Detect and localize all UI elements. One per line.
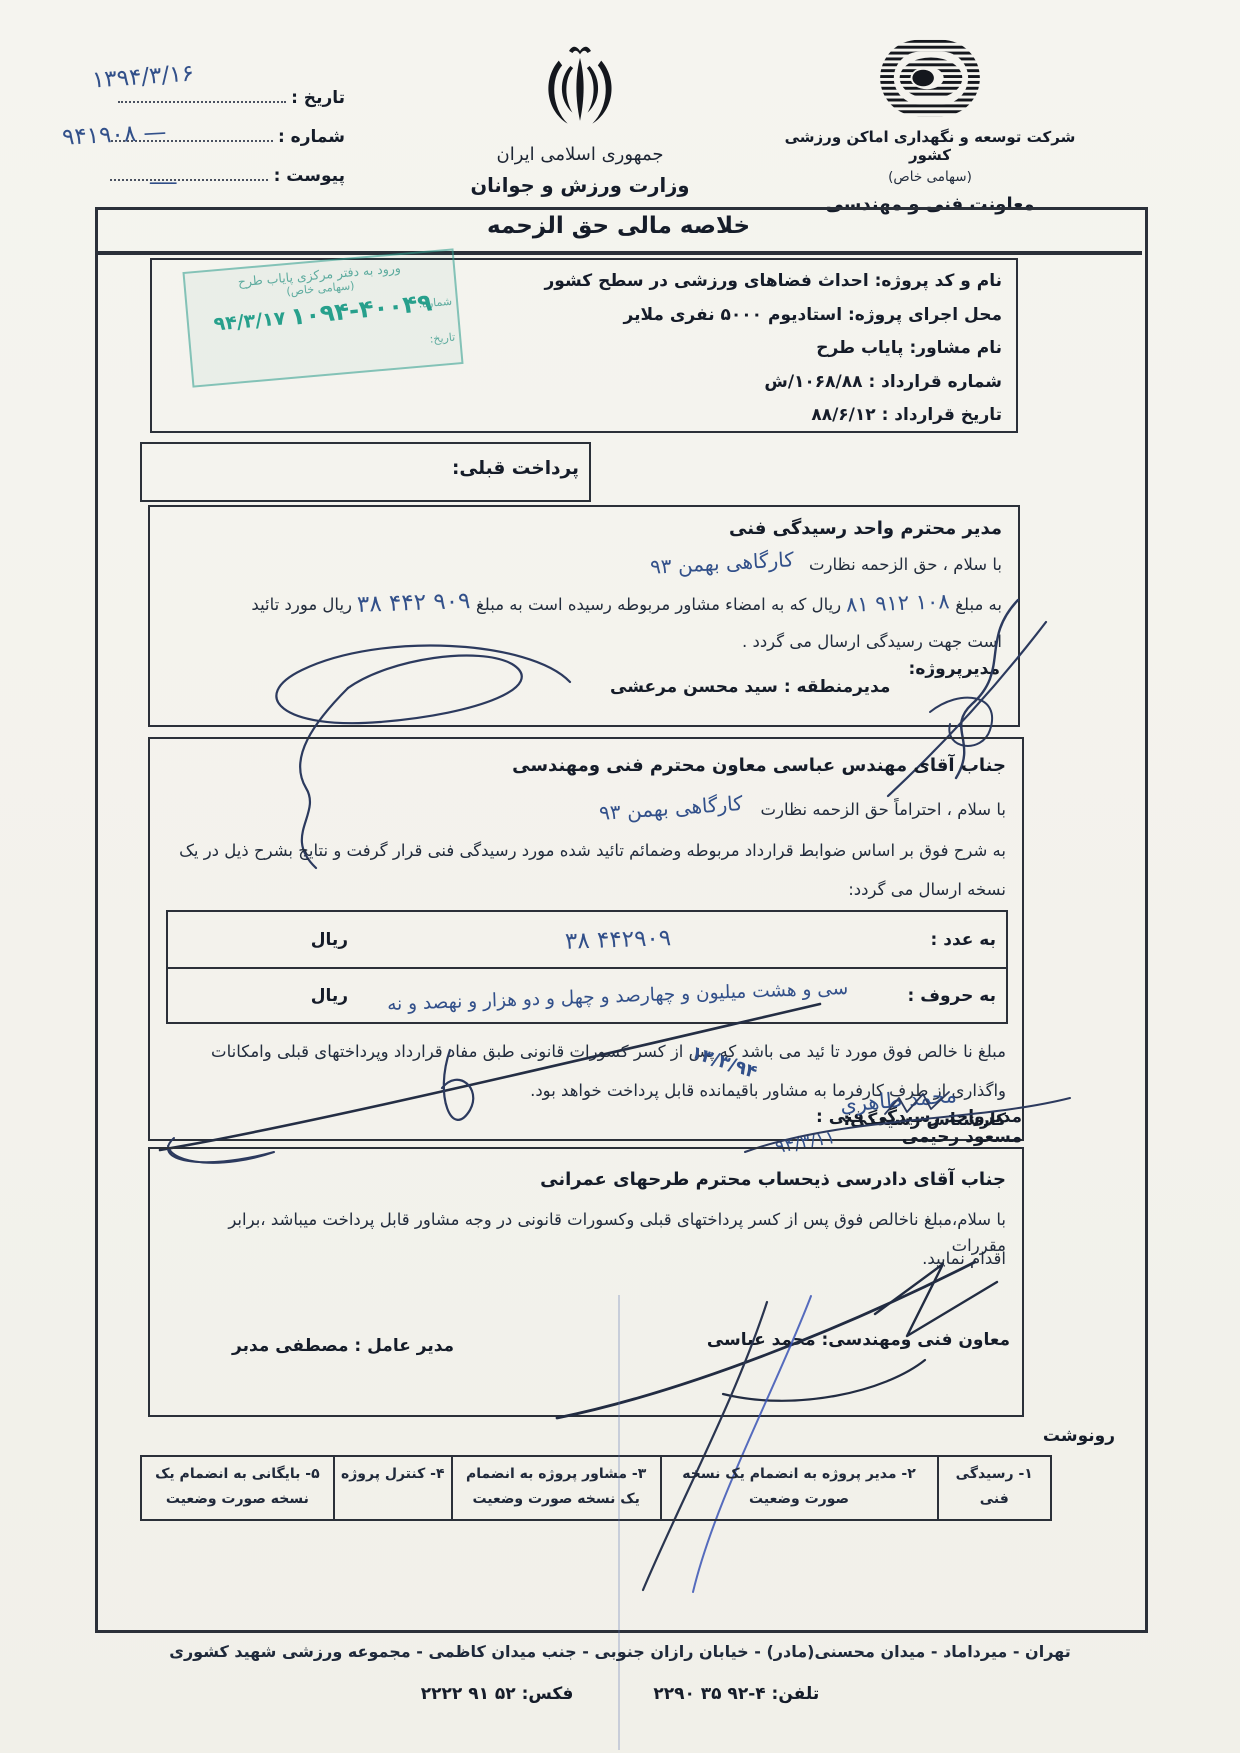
footer-contacts: تلفن: ۲۲۹۰ ۳۵ ۹۲-۴ فکس: ۲۲۲۲ ۹۱ ۵۲ <box>0 1684 1240 1704</box>
stamp-date-label: تاریخ: <box>429 331 456 346</box>
section2-greeting: با سلام ، احتراماً حق الزحمه نظارت <box>760 800 1006 819</box>
section2-body1: به شرح فوق بر اساس ضوابط قرارداد مربوطه … <box>176 838 1006 864</box>
project-location-label: محل اجرای پروژه: <box>848 305 1002 325</box>
copies-item-5: ۵- بایگانی به انضمام یک نسخه صورت وضعیت <box>142 1457 333 1519</box>
number-label: شماره : <box>278 127 345 147</box>
document-title: خلاصه مالی حق الزحمه <box>95 213 1142 239</box>
section2-header: جناب آقای مهندس عباسی معاون محترم فنی وم… <box>512 755 1006 776</box>
section3-header: جناب آقای دادرسی ذیحساب محترم طرحهای عمر… <box>540 1169 1006 1190</box>
consultant-label: نام مشاور: <box>909 338 1002 358</box>
consultant-entry-stamp: ورود به دفتر مرکزی پایاب طرح (سهامی خاص)… <box>182 248 463 387</box>
date-label: تاریخ : <box>291 88 345 108</box>
contract-number-label: شماره قرارداد : <box>868 372 1002 392</box>
project-name-label: نام و کد پروژه: <box>875 271 1002 291</box>
company-name: شرکت توسعه و نگهداری اماکن ورزشی کشور <box>765 128 1095 164</box>
fold-line <box>618 1295 620 1750</box>
document-page: تاریخ : شماره : پیوست : ۱۳۹۴/۳/۱۶ ۹۴۱۹۰۸… <box>0 0 1240 1753</box>
ceo-label: مدیر عامل : مصطفی مدبر <box>232 1336 454 1356</box>
stamp-number-label: شماره: <box>418 295 453 311</box>
footer-phone-value: ۲۲۹۰ ۳۵ ۹۲-۴ <box>653 1684 765 1704</box>
copies-item-2: ۲- مدیر پروژه به انضمام یک نسخه صورت وضع… <box>660 1457 937 1519</box>
copies-table: ۱- رسیدگی فنی ۲- مدیر پروژه به انضمام یک… <box>140 1455 1052 1521</box>
amount-row-digits: به عدد : ۳۸ ۴۴۲۹۰۹ ریال <box>168 912 1006 969</box>
handwritten-number: ۹۴۱۹۰۸ — <box>61 119 167 150</box>
section1-supervision-handwritten: کارگاهی بهمن ۹۳ <box>649 544 794 582</box>
stamp-date-value: ۹۴/۳/۱۷ <box>213 307 287 335</box>
region-manager-label: مدیرمنطقه : سید محسن مرعشی <box>610 677 890 697</box>
ministry-name: وزارت ورزش و جوانان <box>440 174 720 197</box>
section2-body2: نسخه ارسال می گردد: <box>848 877 1006 903</box>
section1-amount-suffix: ریال مورد تائید <box>251 595 352 614</box>
section1-greeting: با سلام ، حق الزحمه نظارت <box>809 555 1002 574</box>
footer-fax-label: فکس: <box>522 1684 574 1704</box>
letterhead-right: شرکت توسعه و نگهداری اماکن ورزشی کشور (س… <box>765 34 1095 215</box>
amount-digits-label: به عدد : <box>888 930 1006 950</box>
iran-emblem-icon <box>537 40 623 136</box>
amount-words-label: به حروف : <box>888 986 1006 1006</box>
company-type: (سهامی خاص) <box>765 169 1095 185</box>
contract-date-value: ۸۸/۶/۱۲ <box>811 405 875 425</box>
letterhead-center: جمهوری اسلامی ایران وزارت ورزش و جوانان <box>440 40 720 197</box>
copies-item-3: ۳- مشاور پروژه به انضمام یک نسخه صورت وض… <box>451 1457 660 1519</box>
copies-title: رونوشت <box>1043 1426 1115 1446</box>
copies-item-4: ۴- کنترل پروژه <box>333 1457 451 1519</box>
amount-digits-unit: ریال <box>311 930 348 950</box>
footer-phone-label: تلفن: <box>772 1684 820 1704</box>
republic-name: جمهوری اسلامی ایران <box>440 144 720 165</box>
company-logo-icon <box>876 34 984 122</box>
handwritten-attachment-dash: ـــــ <box>150 168 176 189</box>
deputy-signature-tail <box>585 1290 835 1600</box>
unit-manager-signature <box>152 992 832 1172</box>
contract-date-label: تاریخ قرارداد : <box>882 405 1002 425</box>
project-name-value: احداث فضاهای ورزشی در سطح کشور <box>545 271 869 291</box>
previous-payment-label: پرداخت قبلی: <box>452 458 579 479</box>
copies-item-1: ۱- رسیدگی فنی <box>937 1457 1051 1519</box>
footer-fax-value: ۲۲۲۲ ۹۱ ۵۲ <box>421 1684 516 1704</box>
amount-digits-value-handwritten: ۳۸ ۴۴۲۹۰۹ <box>565 925 672 955</box>
consultant-value: پایاب طرح <box>816 338 903 358</box>
previous-payment-box: پرداخت قبلی: <box>140 442 591 502</box>
attachment-dotted-line <box>110 164 268 181</box>
title-underline <box>95 251 1142 255</box>
project-location-value: استادیوم ۵۰۰۰ نفری ملایر <box>624 305 843 325</box>
section1-amount-middle: ریال که به امضاء مشاور مربوطه رسیده است … <box>476 595 841 614</box>
section1-header: مدیر محترم واحد رسیدگی فنی <box>166 518 1002 539</box>
footer-address: تهران - میرداماد - میدان محسنی(مادر) - خ… <box>0 1642 1240 1661</box>
section1-approved-amount-handwritten: ۳۸ ۴۴۲ ۹۰۹ <box>357 584 472 624</box>
section2-supervision-handwritten: کارگاهی بهمن ۹۳ <box>598 788 744 829</box>
contract-number-value: ۱۰۶۸/۸۸/ش <box>764 372 862 392</box>
attachment-label: پیوست : <box>274 166 345 186</box>
